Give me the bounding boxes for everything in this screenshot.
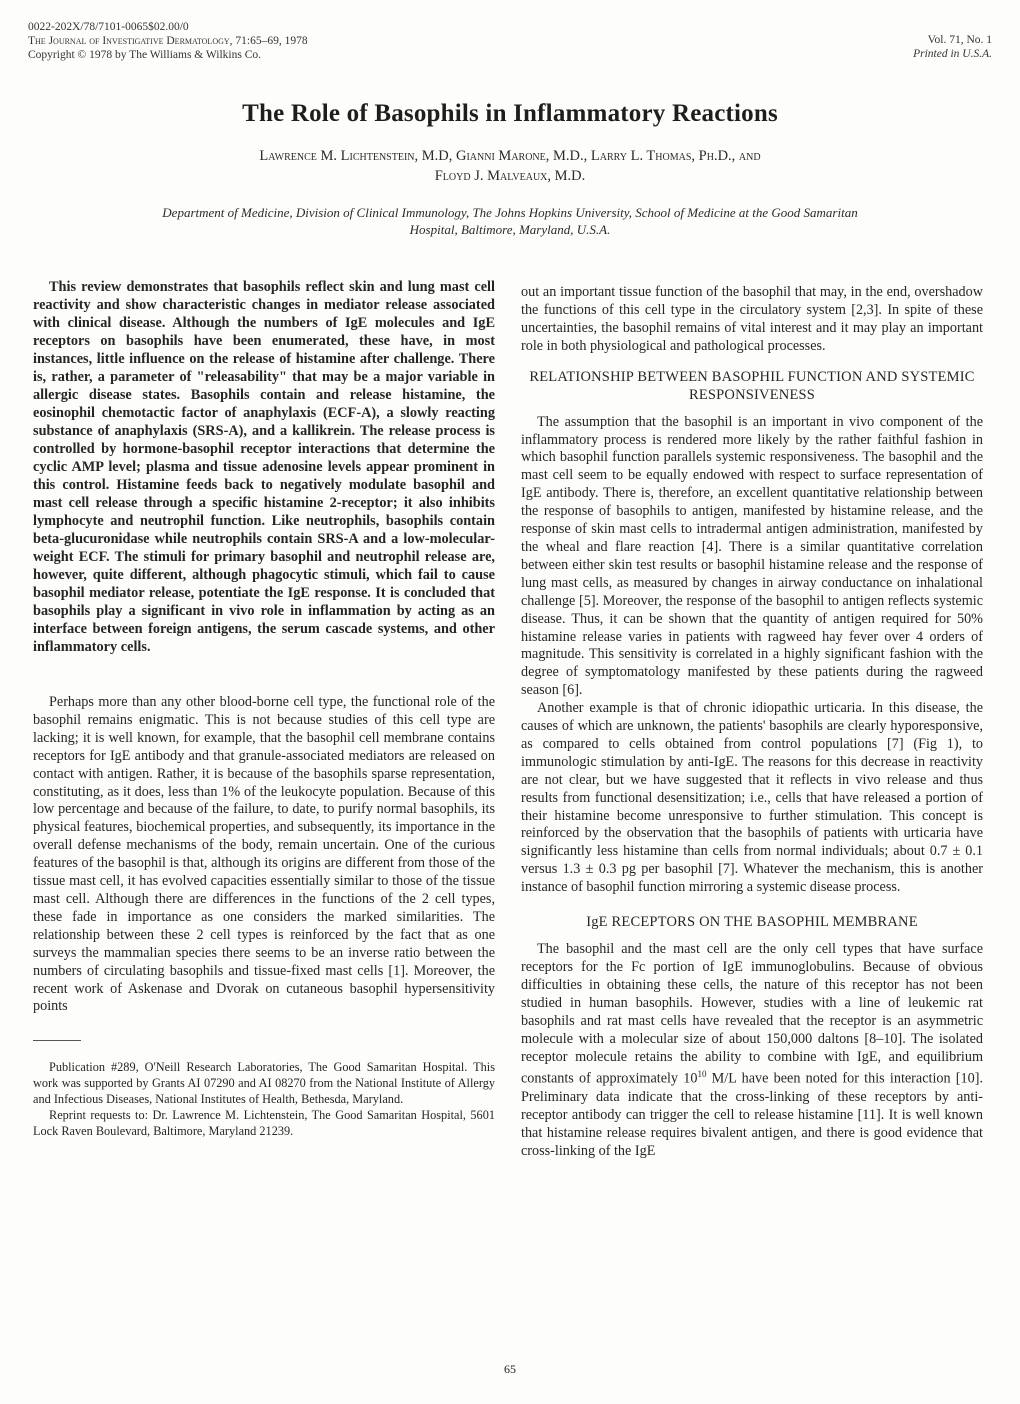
- footnote-reprint: Reprint requests to: Dr. Lawrence M. Lic…: [33, 1107, 495, 1139]
- volume-info: Vol. 71, No. 1 Printed in U.S.A.: [913, 33, 992, 61]
- journal-citation: The Journal of Investigative Dermatology…: [28, 34, 308, 48]
- authors-line-2: Floyd J. Malveaux, M.D.: [0, 166, 1020, 186]
- section-heading-ige-receptors: IgE RECEPTORS ON THE BASOPHIL MEMBRANE: [521, 913, 983, 931]
- section1-paragraph-2: Another example is that of chronic idiop…: [521, 700, 983, 897]
- section2-paragraph-1: The basophil and the mast cell are the o…: [521, 941, 983, 1161]
- authors-line-1: Lawrence M. Lichtenstein, M.D, Gianni Ma…: [0, 146, 1020, 166]
- affiliation: Department of Medicine, Division of Clin…: [40, 204, 980, 238]
- affiliation-line-2: Hospital, Baltimore, Maryland, U.S.A.: [40, 221, 980, 238]
- journal-header: 0022-202X/78/7101-0065$02.00/0 The Journ…: [28, 20, 308, 62]
- affiliation-line-1: Department of Medicine, Division of Clin…: [40, 204, 980, 221]
- left-column: This review demonstrates that basophils …: [33, 278, 495, 1139]
- volume: Vol. 71, No. 1: [913, 33, 992, 47]
- right-column: out an important tissue function of the …: [521, 284, 983, 1161]
- intro-paragraph: Perhaps more than any other blood-borne …: [33, 694, 495, 1016]
- article-title: The Role of Basophils in Inflammatory Re…: [0, 100, 1020, 128]
- footnote-publication: Publication #289, O'Neill Research Labor…: [33, 1059, 495, 1107]
- abstract: This review demonstrates that basophils …: [33, 278, 495, 656]
- page-number: 65: [0, 1362, 1020, 1377]
- section1-paragraph-1: The assumption that the basophil is an i…: [521, 414, 983, 701]
- footnote-divider: [33, 1040, 81, 1041]
- article-code: 0022-202X/78/7101-0065$02.00/0: [28, 20, 308, 34]
- section-heading-relationship: RELATIONSHIP BETWEEN BASOPHIL FUNCTION A…: [521, 368, 983, 404]
- printed-in: Printed in U.S.A.: [913, 47, 992, 61]
- authors: Lawrence M. Lichtenstein, M.D, Gianni Ma…: [0, 146, 1020, 186]
- continuation-paragraph: out an important tissue function of the …: [521, 284, 983, 356]
- copyright: Copyright © 1978 by The Williams & Wilki…: [28, 48, 308, 62]
